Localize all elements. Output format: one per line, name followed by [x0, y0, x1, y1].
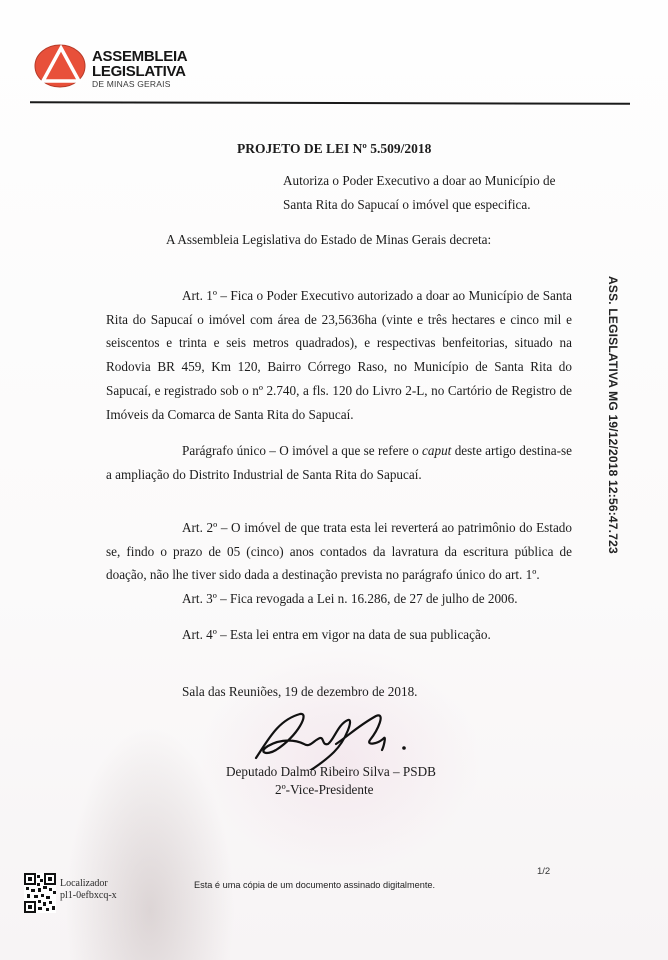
assembleia-logo-icon	[34, 44, 86, 88]
org-line2: LEGISLATIVA	[92, 64, 187, 79]
article-1: Art. 1º – Fica o Poder Executivo autoriz…	[106, 284, 572, 426]
article-3: Art. 3º – Fica revogada a Lei n. 16.286,…	[182, 591, 518, 607]
localizador: Localizador pl1-0efbxcq-x	[60, 878, 117, 902]
org-line3: DE MINAS GERAIS	[92, 80, 187, 89]
article-2: Art. 2º – O imóvel de que trata esta lei…	[106, 516, 572, 587]
paragrafo-unico: Parágrafo único – O imóvel a que se refe…	[106, 439, 572, 486]
document-title: PROJETO DE LEI Nº 5.509/2018	[237, 141, 431, 157]
signature-icon	[238, 700, 418, 770]
header-divider	[30, 101, 630, 105]
article-1-text: Art. 1º – Fica o Poder Executivo autoriz…	[106, 288, 572, 422]
localizador-code: pl1-0efbxcq-x	[60, 890, 117, 902]
signer-name: Deputado Dalmo Ribeiro Silva – PSDB	[226, 764, 436, 780]
ementa: Autoriza o Poder Executivo a doar ao Mun…	[283, 169, 583, 217]
place-date: Sala das Reuniões, 19 de dezembro de 201…	[182, 684, 417, 700]
localizador-label: Localizador	[60, 878, 117, 890]
paragrafo-unico-text: Parágrafo único – O imóvel a que se refe…	[182, 443, 422, 458]
caput-term: caput	[422, 443, 451, 458]
qr-code-icon	[24, 873, 56, 913]
protocol-stamp: ASS. LEGISLATIVA MG 19/12/2018 12:56:47.…	[606, 276, 620, 554]
document-page: ASSEMBLEIA LEGISLATIVA DE MINAS GERAIS P…	[0, 0, 668, 960]
article-2-text: Art. 2º – O imóvel de que trata esta lei…	[106, 520, 572, 582]
digital-copy-note: Esta é uma cópia de um documento assinad…	[194, 880, 435, 890]
decreta-line: A Assembleia Legislativa do Estado de Mi…	[166, 232, 491, 248]
signer-role: 2º-Vice-Presidente	[275, 782, 374, 798]
article-4: Art. 4º – Esta lei entra em vigor na dat…	[182, 627, 491, 643]
org-line1: ASSEMBLEIA	[92, 49, 187, 64]
page-number: 1/2	[537, 866, 550, 877]
org-name: ASSEMBLEIA LEGISLATIVA DE MINAS GERAIS	[92, 49, 187, 89]
